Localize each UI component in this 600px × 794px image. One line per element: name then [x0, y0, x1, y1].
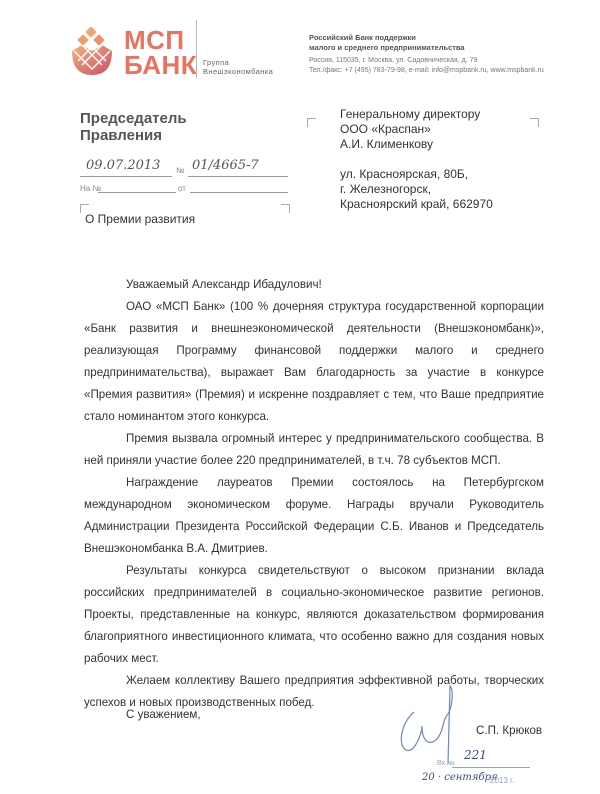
recipient-bracket-right — [530, 118, 539, 127]
letter-greeting: Уважаемый Александр Ибадулович! — [126, 278, 322, 291]
paragraph-3: Награждение лауреатов Премии состоялось … — [84, 472, 544, 560]
ref-date-label: от — [178, 184, 186, 193]
inbox-number-line — [452, 767, 530, 768]
subject-bracket-right — [281, 204, 290, 213]
recipient-street: ул. Красноярская, 80Б, — [340, 167, 493, 182]
inbox-year: 2013 г. — [490, 776, 514, 785]
group-line-1: Группа — [203, 58, 273, 67]
outgoing-number-field: 01/4665-7 — [188, 160, 288, 177]
letter-body: ОАО «МСП Банк» (100 % дочерняя структура… — [84, 296, 544, 714]
handwritten-signature-icon — [392, 684, 472, 764]
position-line-1: Председатель — [80, 110, 187, 127]
inbox-date-handwritten: 20 · сентября — [422, 772, 498, 783]
bank-full-name: Российский Банк поддержки малого и средн… — [309, 33, 465, 53]
recipient-city: г. Железногорск, — [340, 182, 493, 197]
recipient-title: Генеральному директору — [340, 107, 493, 122]
msp-bank-logo-icon — [68, 27, 116, 77]
recipient-block: Генеральному директору ООО «Краспан» А.И… — [340, 107, 493, 212]
position-line-2: Правления — [80, 127, 187, 144]
letter-subject: О Премии развития — [85, 212, 195, 226]
recipient-bracket-left — [307, 118, 316, 127]
paragraph-4: Результаты конкурса свидетельствуют о вы… — [84, 560, 544, 670]
logo-line-bank: БАНК — [124, 53, 197, 78]
inbox-number-label: Вх.№ — [437, 760, 455, 767]
logo-wordmark: МСП БАНК — [124, 28, 197, 78]
ref-date-field — [190, 184, 288, 193]
number-label: № — [176, 166, 185, 175]
group-line-2: Внешэкономбанка — [203, 67, 273, 76]
recipient-name: А.И. Клименкову — [340, 137, 493, 152]
outgoing-number: 01/4665-7 — [192, 158, 259, 173]
outgoing-date-field: 09.07.2013 — [80, 160, 172, 177]
bank-phone-email: Тел./факс: +7 (495) 783-79-98, e-mail: i… — [309, 66, 544, 76]
ref-number-field — [98, 184, 176, 193]
closing: С уважением, — [126, 708, 201, 721]
recipient-region: Красноярский край, 662970 — [340, 197, 493, 212]
sender-position: Председатель Правления — [80, 110, 187, 144]
signer-name: С.П. Крюков — [476, 724, 542, 737]
bank-name-line-1: Российский Банк поддержки — [309, 33, 465, 43]
bank-contacts: Россия, 115035, г. Москва, ул. Садовниче… — [309, 56, 544, 76]
bank-address: Россия, 115035, г. Москва, ул. Садовниче… — [309, 56, 544, 66]
logo-divider — [196, 20, 197, 78]
bank-name-line-2: малого и среднего предпринимательства — [309, 43, 465, 53]
paragraph-2: Премия вызвала огромный интерес у предпр… — [84, 428, 544, 472]
group-caption: Группа Внешэкономбанка — [203, 58, 273, 76]
outgoing-date: 09.07.2013 — [86, 158, 160, 173]
recipient-company: ООО «Краспан» — [340, 122, 493, 137]
inbox-number: 221 — [464, 748, 487, 762]
paragraph-1: ОАО «МСП Банк» (100 % дочерняя структура… — [84, 296, 544, 428]
